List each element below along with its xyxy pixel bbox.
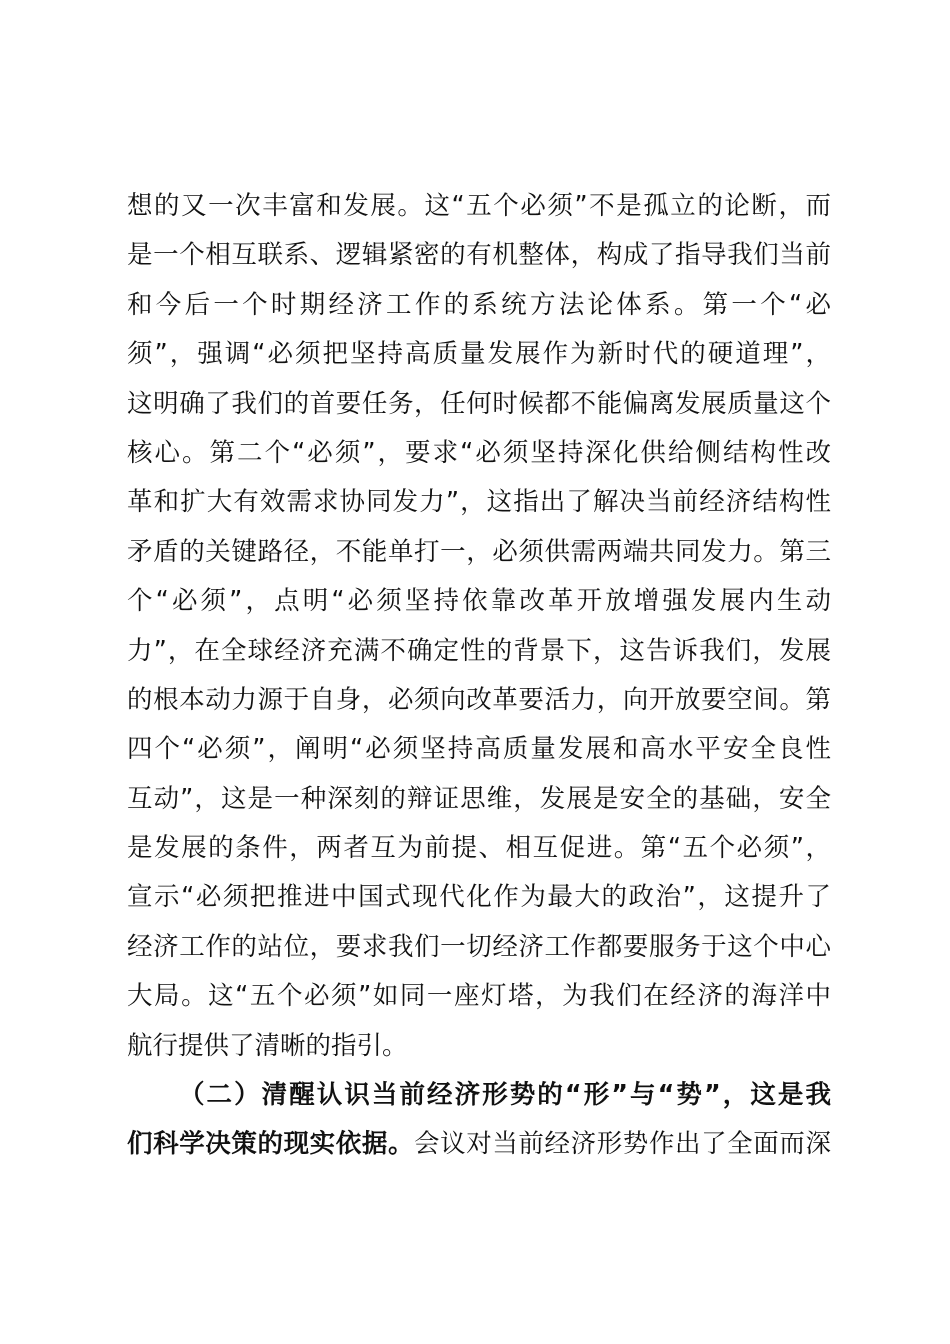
paragraph-economic-situation: （二）清醒认识当前经济形势的“形”与“势”，这是我 们科学决策的现实依据。会议对… <box>127 1071 831 1170</box>
section-heading-line: （二）清醒认识当前经济形势的“形”与“势”，这是我 <box>127 1071 831 1120</box>
text-line: 是一个相互联系、逻辑紧密的有机整体，构成了指导我们当前 <box>127 231 831 280</box>
text-line: 个“必须”，点明“必须坚持依靠改革开放增强发展内生动 <box>127 577 831 626</box>
section-heading-tail: 们科学决策的现实依据。 <box>127 1129 414 1159</box>
text-line: 想的又一次丰富和发展。这“五个必须”不是孤立的论断，而 <box>127 182 831 231</box>
body-text: 会议对当前经济形势作出了全面而深 <box>414 1129 831 1159</box>
text-line: 航行提供了清晰的指引。 <box>127 1022 831 1071</box>
text-line: 宣示“必须把推进中国式现代化作为最大的政治”，这提升了 <box>127 873 831 922</box>
text-line: 互动”，这是一种深刻的辩证思维，发展是安全的基础，安全 <box>127 775 831 824</box>
text-line: 这明确了我们的首要任务，任何时候都不能偏离发展质量这个 <box>127 380 831 429</box>
text-line: 矛盾的关键路径，不能单打一，必须供需两端共同发力。第三 <box>127 528 831 577</box>
text-line: 和今后一个时期经济工作的系统方法论体系。第一个“必 <box>127 281 831 330</box>
text-line: 须”，强调“必须把坚持高质量发展作为新时代的硬道理”， <box>127 330 831 379</box>
text-line: 革和扩大有效需求协同发力”，这指出了解决当前经济结构性 <box>127 478 831 527</box>
document-page: 想的又一次丰富和发展。这“五个必须”不是孤立的论断，而 是一个相互联系、逻辑紧密… <box>127 182 831 1170</box>
text-line: 是发展的条件，两者互为前提、相互促进。第“五个必须”， <box>127 824 831 873</box>
text-line: 四个“必须”，阐明“必须坚持高质量发展和高水平安全良性 <box>127 725 831 774</box>
text-line: 的根本动力源于自身，必须向改革要活力，向开放要空间。第 <box>127 676 831 725</box>
text-line: 经济工作的站位，要求我们一切经济工作都要服务于这个中心 <box>127 923 831 972</box>
text-line: 们科学决策的现实依据。会议对当前经济形势作出了全面而深 <box>127 1120 831 1169</box>
text-line: 大局。这“五个必须”如同一座灯塔，为我们在经济的海洋中 <box>127 972 831 1021</box>
paragraph-five-musts: 想的又一次丰富和发展。这“五个必须”不是孤立的论断，而 是一个相互联系、逻辑紧密… <box>127 182 831 1071</box>
text-line: 核心。第二个“必须”，要求“必须坚持深化供给侧结构性改 <box>127 429 831 478</box>
text-line: 力”，在全球经济充满不确定性的背景下，这告诉我们，发展 <box>127 627 831 676</box>
